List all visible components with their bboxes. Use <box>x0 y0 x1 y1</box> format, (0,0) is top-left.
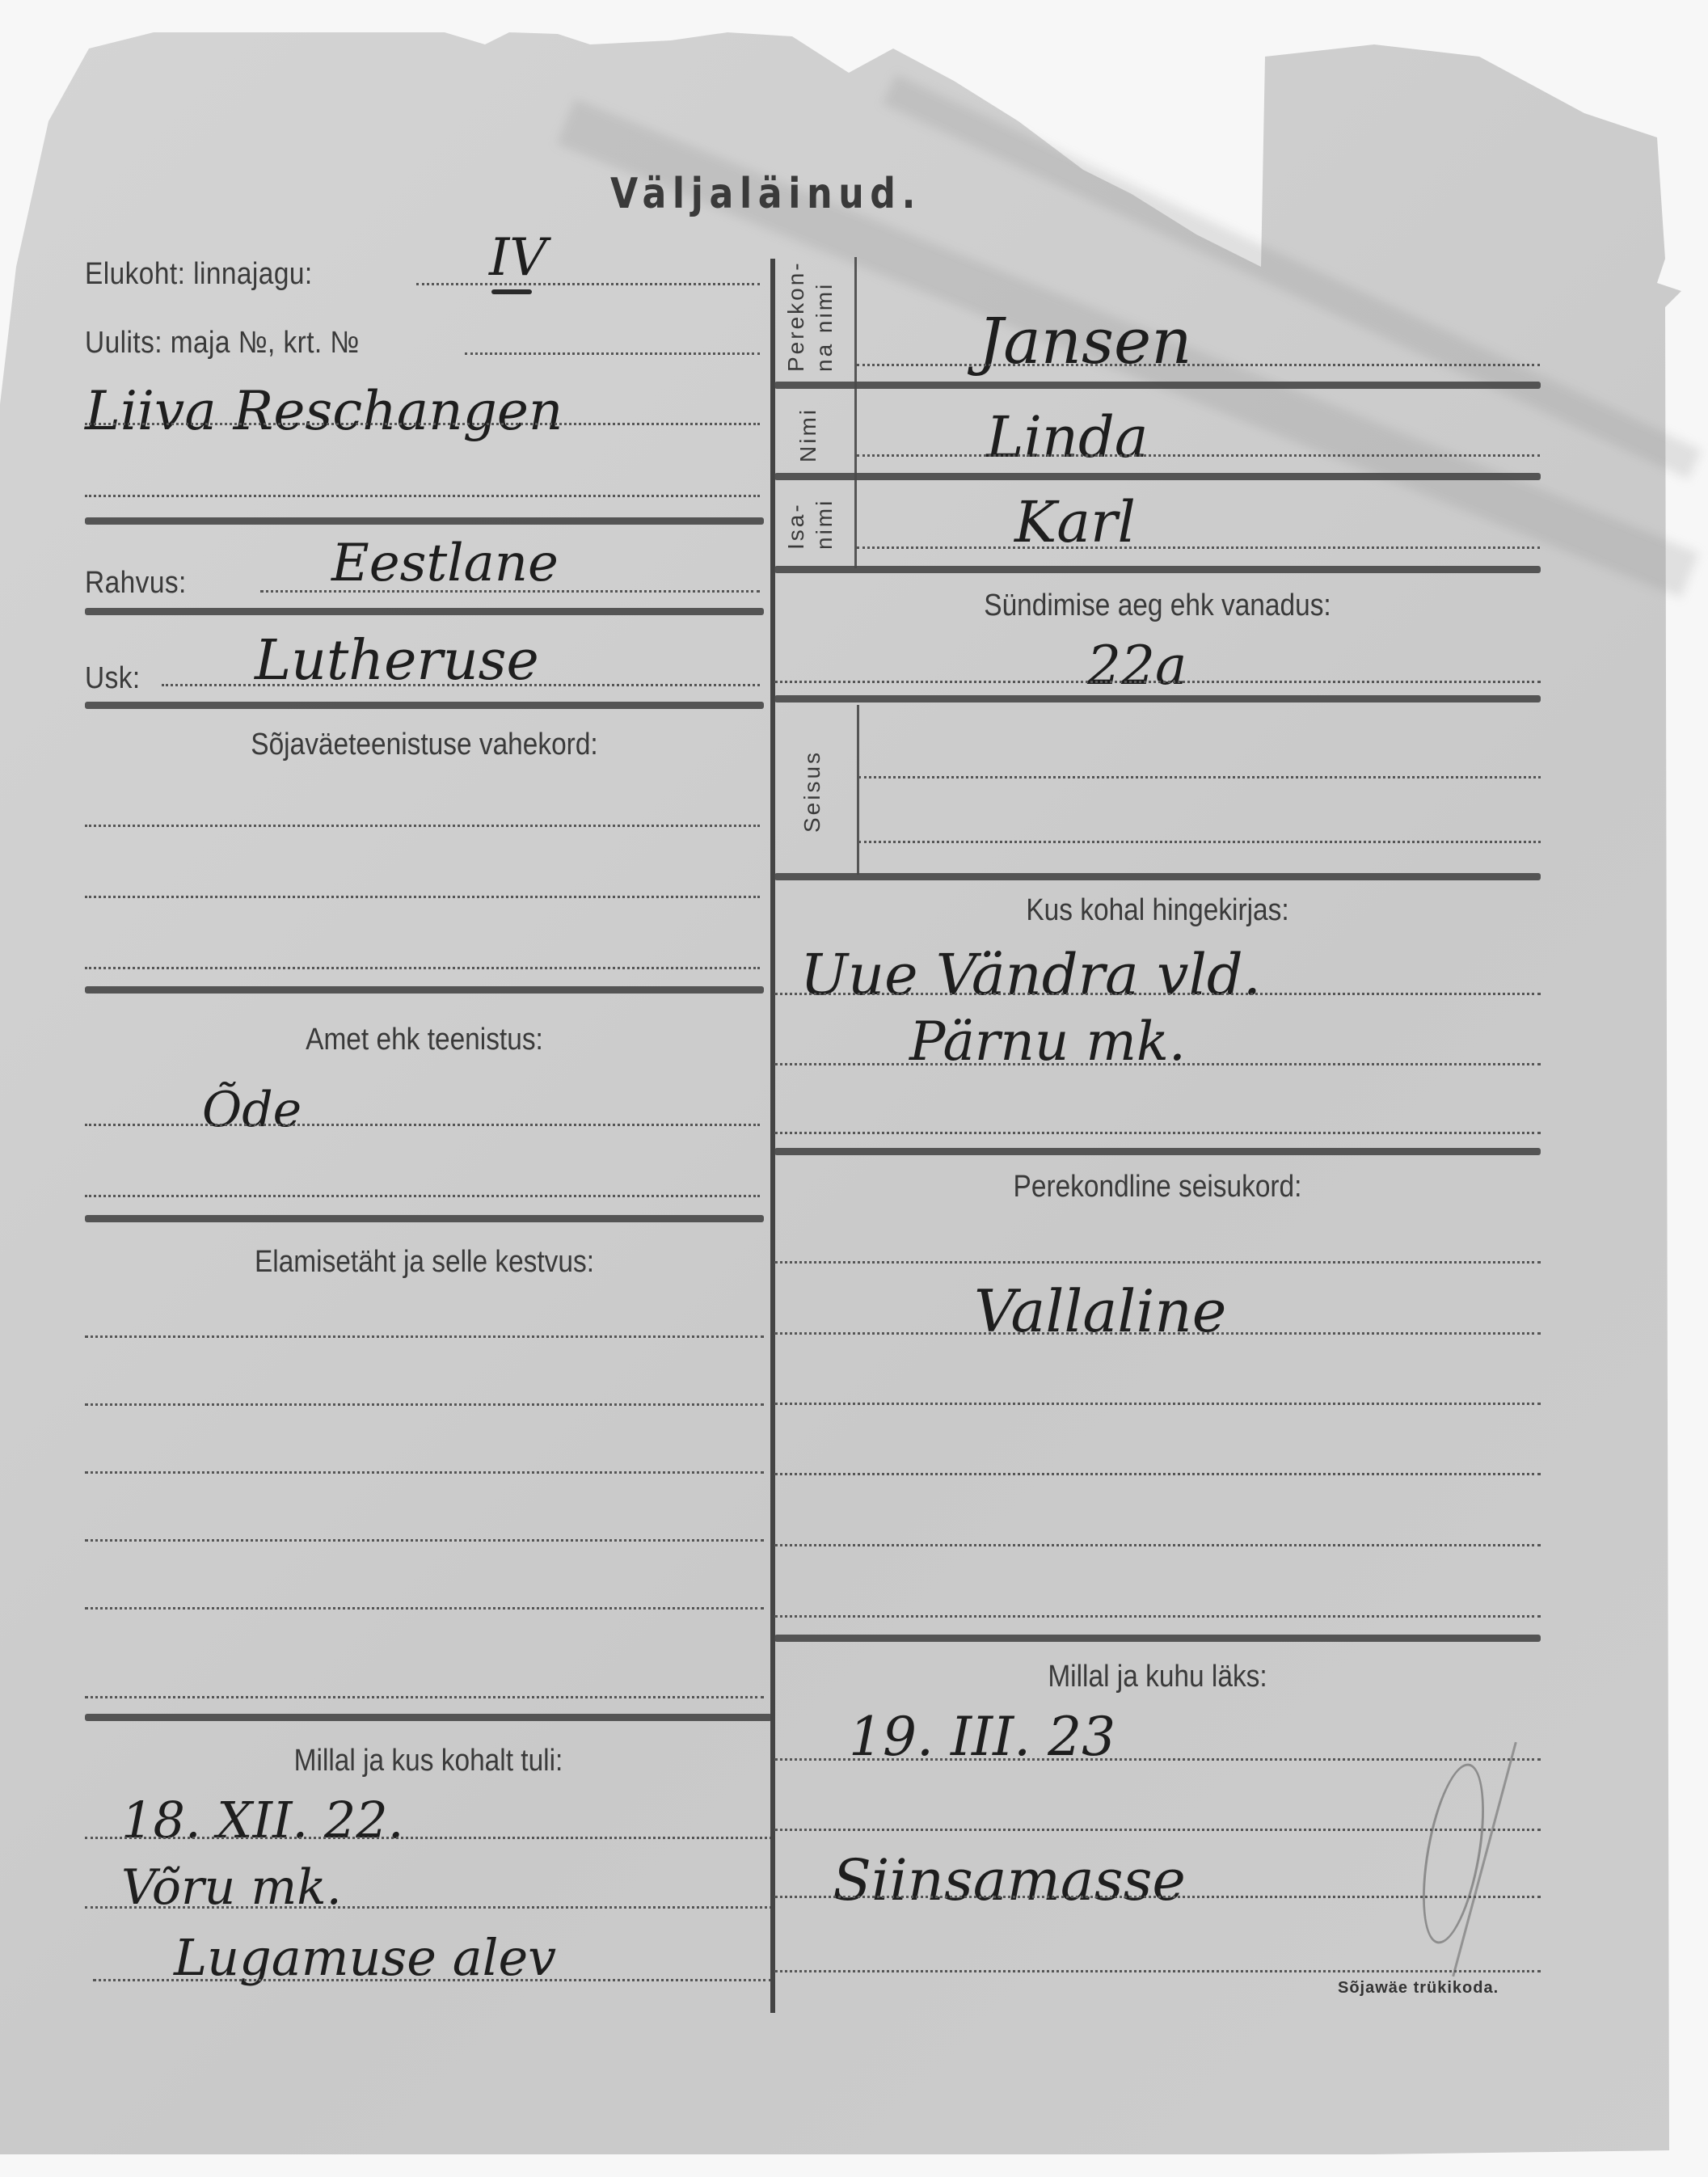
perekondline-line-4 <box>774 1473 1541 1475</box>
name-divider <box>774 473 1541 480</box>
amet-line-2 <box>85 1195 760 1197</box>
laks-line-4 <box>774 1970 1541 1972</box>
hingekirjas-label: Kus kohal hingekirjas: <box>820 893 1495 928</box>
hingekirjas-line-3 <box>774 1132 1541 1134</box>
perekondline-value: Vallaline <box>974 1277 1226 1345</box>
section-divider <box>774 1148 1541 1155</box>
section-divider <box>774 1635 1541 1642</box>
perekonnanimi-value: Jansen <box>978 306 1191 378</box>
section-divider <box>85 986 764 994</box>
column-divider <box>770 259 775 2013</box>
sundimise-value: 22a <box>1087 635 1187 697</box>
nimi-line <box>857 454 1540 457</box>
hingekirjas-line-1 <box>774 993 1541 995</box>
seisus-block-divider <box>857 705 859 875</box>
elamiseteht-line-4 <box>85 1539 764 1542</box>
perekondline-line-3 <box>774 1403 1541 1405</box>
name-divider <box>774 382 1541 389</box>
printer-imprint: Sõjawäe trükikoda. <box>1338 1979 1499 1998</box>
name-divider <box>774 566 1541 573</box>
name-block-divider <box>854 257 857 568</box>
seisus-line-1 <box>858 776 1541 778</box>
elukoht-label: Elukoht: linnajagu: <box>85 257 313 292</box>
seisus-line-2 <box>858 841 1541 843</box>
ulits-line-2 <box>85 423 760 425</box>
perekondline-line-6 <box>774 1615 1541 1618</box>
elamiseteht-line-1 <box>85 1335 764 1338</box>
perekonnanimi-line <box>857 364 1540 366</box>
nimi-label: Nimi <box>796 407 820 462</box>
laks-line-1 <box>774 1758 1541 1761</box>
section-divider <box>774 695 1541 702</box>
hingekirjas-value-1: Uue Vändra vld. <box>800 942 1261 1008</box>
isanimi-value: Karl <box>1014 489 1136 555</box>
ulits-value: Liiva Reschangen <box>85 380 563 442</box>
perekondline-label: Perekondline seisukord: <box>820 1170 1495 1205</box>
perekondline-line-2 <box>774 1332 1541 1335</box>
amet-line-1 <box>85 1124 760 1126</box>
usk-value: Lutheruse <box>255 629 539 693</box>
tuli-date: 18. XII. 22. <box>121 1791 403 1850</box>
nimi-value: Linda <box>986 404 1149 470</box>
perekondline-line-1 <box>774 1261 1541 1264</box>
sundimise-label: Sündimise aeg ehk vanadus: <box>820 589 1495 623</box>
ulits-line-1 <box>465 352 760 355</box>
elamiseteht-line-3 <box>85 1471 764 1474</box>
elukoht-value: IV <box>489 228 547 288</box>
isanimi-label-1: Isa- <box>784 502 808 550</box>
elukoht-line <box>416 283 760 285</box>
rahvus-label: Rahvus: <box>85 566 187 601</box>
section-divider <box>774 873 1541 880</box>
perekondline-line-5 <box>774 1544 1541 1546</box>
hingekirjas-line-2 <box>774 1063 1541 1065</box>
tuli-label: Millal ja kus kohalt tuli: <box>126 1744 731 1778</box>
usk-label: Usk: <box>85 661 141 696</box>
tuli-line-2 <box>85 1906 772 1909</box>
laks-line-2 <box>774 1829 1541 1831</box>
section-divider <box>85 608 764 615</box>
perekonnanimi-label-1: Perekon- <box>784 260 808 372</box>
section-divider <box>85 1714 772 1721</box>
ulits-line-3 <box>85 495 760 497</box>
laks-place: Siinsamasse <box>833 1847 1186 1913</box>
ulits-label: Uulits: maja №, krt. № <box>85 326 360 361</box>
tuli-line-1 <box>85 1837 772 1839</box>
isanimi-line <box>857 546 1540 549</box>
amet-label: Amet ehk teenistus: <box>125 1023 723 1057</box>
elamiseteht-line-2 <box>85 1403 764 1406</box>
elukoht-overline <box>491 289 532 294</box>
isanimi-label-2: nimi <box>812 499 837 550</box>
form-title: Väljaläinud. <box>610 170 921 218</box>
section-divider <box>85 517 764 525</box>
amet-value: Õde <box>202 1082 302 1138</box>
sojavae-line-1 <box>85 825 760 827</box>
sojavae-label: Sõjaväeteenistuse vahekord: <box>125 728 723 762</box>
section-divider <box>85 702 764 709</box>
elamiseteht-label: Elamisetäht ja selle kestvus: <box>125 1245 723 1280</box>
laks-label: Millal ja kuhu läks: <box>820 1660 1495 1694</box>
sundimise-line <box>774 681 1541 683</box>
elamiseteht-line-6 <box>85 1696 764 1698</box>
perekonnanimi-label-2: na nimi <box>812 282 837 372</box>
seisus-label: Seisus <box>800 750 824 833</box>
rahvus-value: Eestlane <box>331 534 559 593</box>
sojavae-line-3 <box>85 967 760 969</box>
tuli-line-3 <box>93 1979 772 1981</box>
section-divider <box>85 1215 764 1222</box>
sojavae-line-2 <box>85 896 760 898</box>
elamiseteht-line-5 <box>85 1607 764 1610</box>
